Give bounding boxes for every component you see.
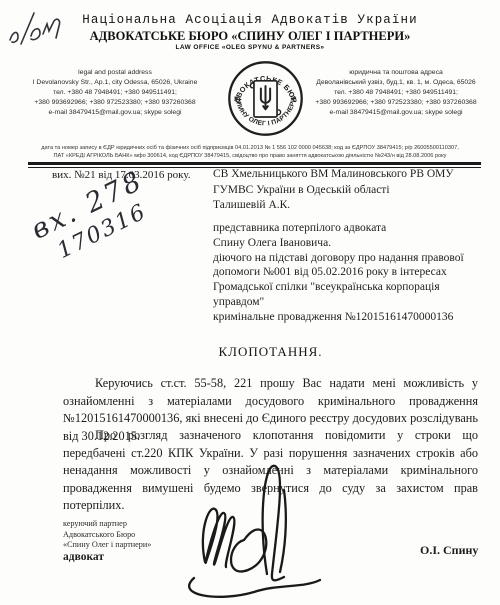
- association-name: Національна Асоціація Адвокатів України: [0, 13, 500, 27]
- address-en-phone1: тел. +380 48 7948491; +380 949511491;: [15, 88, 215, 98]
- law-office-name-en: LAW OFFICE «OLEG SPYNU & PARTNERS»: [0, 44, 500, 51]
- applicant-line7: кримінальне провадження №120151614700001…: [213, 310, 481, 325]
- applicant-line6: управдом": [213, 295, 481, 310]
- applicant-line3: діючого на підставі договору про надання…: [213, 251, 481, 266]
- signoff-details: керуючий партнер Адвокатського Бюро «Спи…: [63, 519, 151, 551]
- applicant-line4: допомоги №001 від 05.02.2016 року в інте…: [213, 265, 481, 280]
- signoff-role: адвокат: [63, 551, 104, 563]
- addressee-line1: СВ Хмельницького ВМ Малиновського РВ ОМУ: [213, 167, 483, 183]
- applicant-block: представника потерпілого адвоката Спину …: [213, 221, 481, 325]
- signoff-line2: Адвокатського Бюро: [63, 530, 151, 541]
- scanned-letter-page: Національна Асоціація Адвокатів України …: [0, 0, 500, 605]
- signoff-line1: керуючий партнер: [63, 519, 151, 530]
- seal-scroll-trident-icon: [250, 81, 280, 117]
- registration-line2: ПАТ «КРЕДІ АГРІКОЛЬ БАНК» мфо 300614, ко…: [20, 152, 480, 160]
- bureau-name: АДВОКАТСЬКЕ БЮРО «СПИНУ ОЛЕГ І ПАРТНЕРИ»: [0, 29, 500, 44]
- address-ua-email: e-mail 38479415@mail.gov.ua; skype soleg…: [303, 108, 489, 118]
- address-ua-phone1: тел. +380 48 7948491; +380 949511491;: [303, 88, 489, 98]
- registration-details: дата та номер запису в ЄДР юридичних осі…: [20, 144, 480, 160]
- address-en-phone2: +380 993692966; +380 972523380; +380 937…: [15, 98, 215, 108]
- signature: [172, 450, 327, 598]
- bureau-seal: АДВОКАТСЬКЕ БЮРО СПИНУ ОЛЕГ І ПАРТНЕРИ *…: [227, 60, 304, 137]
- seal-star-right: *: [292, 94, 296, 104]
- address-en-title: legal and postal address: [15, 68, 215, 78]
- registration-line1: дата та номер запису в ЄДР юридичних осі…: [20, 144, 480, 152]
- applicant-line1: представника потерпілого адвоката: [213, 221, 481, 236]
- signoff-name: О.І. Спину: [420, 543, 478, 558]
- address-en-email: e-mail 38479415@mail.gov.ua; skype soleg…: [15, 108, 215, 118]
- document-title: КЛОПОТАННЯ.: [63, 344, 478, 360]
- addressee-line3: Талишевій А.К.: [213, 198, 483, 214]
- address-block-en: legal and postal address I Devolanovsky …: [15, 68, 215, 118]
- address-ua-title: юридична та поштова адреса: [303, 68, 489, 78]
- address-block-ua: юридична та поштова адреса Деволанівськи…: [303, 68, 489, 118]
- address-en-street: I Devolanovsky Str., Ap.1, city Odessa, …: [15, 78, 215, 88]
- applicant-line2: Спину Олега Івановича.: [213, 236, 481, 251]
- applicant-line5: Громадської спілки "всеукраїнська корпор…: [213, 280, 481, 295]
- signoff-line3: «Спину Олег і партнери»: [63, 540, 151, 551]
- addressee-block: СВ Хмельницького ВМ Малиновського РВ ОМУ…: [213, 167, 483, 214]
- address-ua-street: Деволанівський узвіз, буд.1, кв. 1, м. О…: [303, 78, 489, 88]
- seal-star-left: *: [234, 94, 238, 104]
- address-ua-phone2: +380 993692966; +380 972523380; +380 937…: [303, 98, 489, 108]
- addressee-line2: ГУМВС України в Одеській області: [213, 183, 483, 199]
